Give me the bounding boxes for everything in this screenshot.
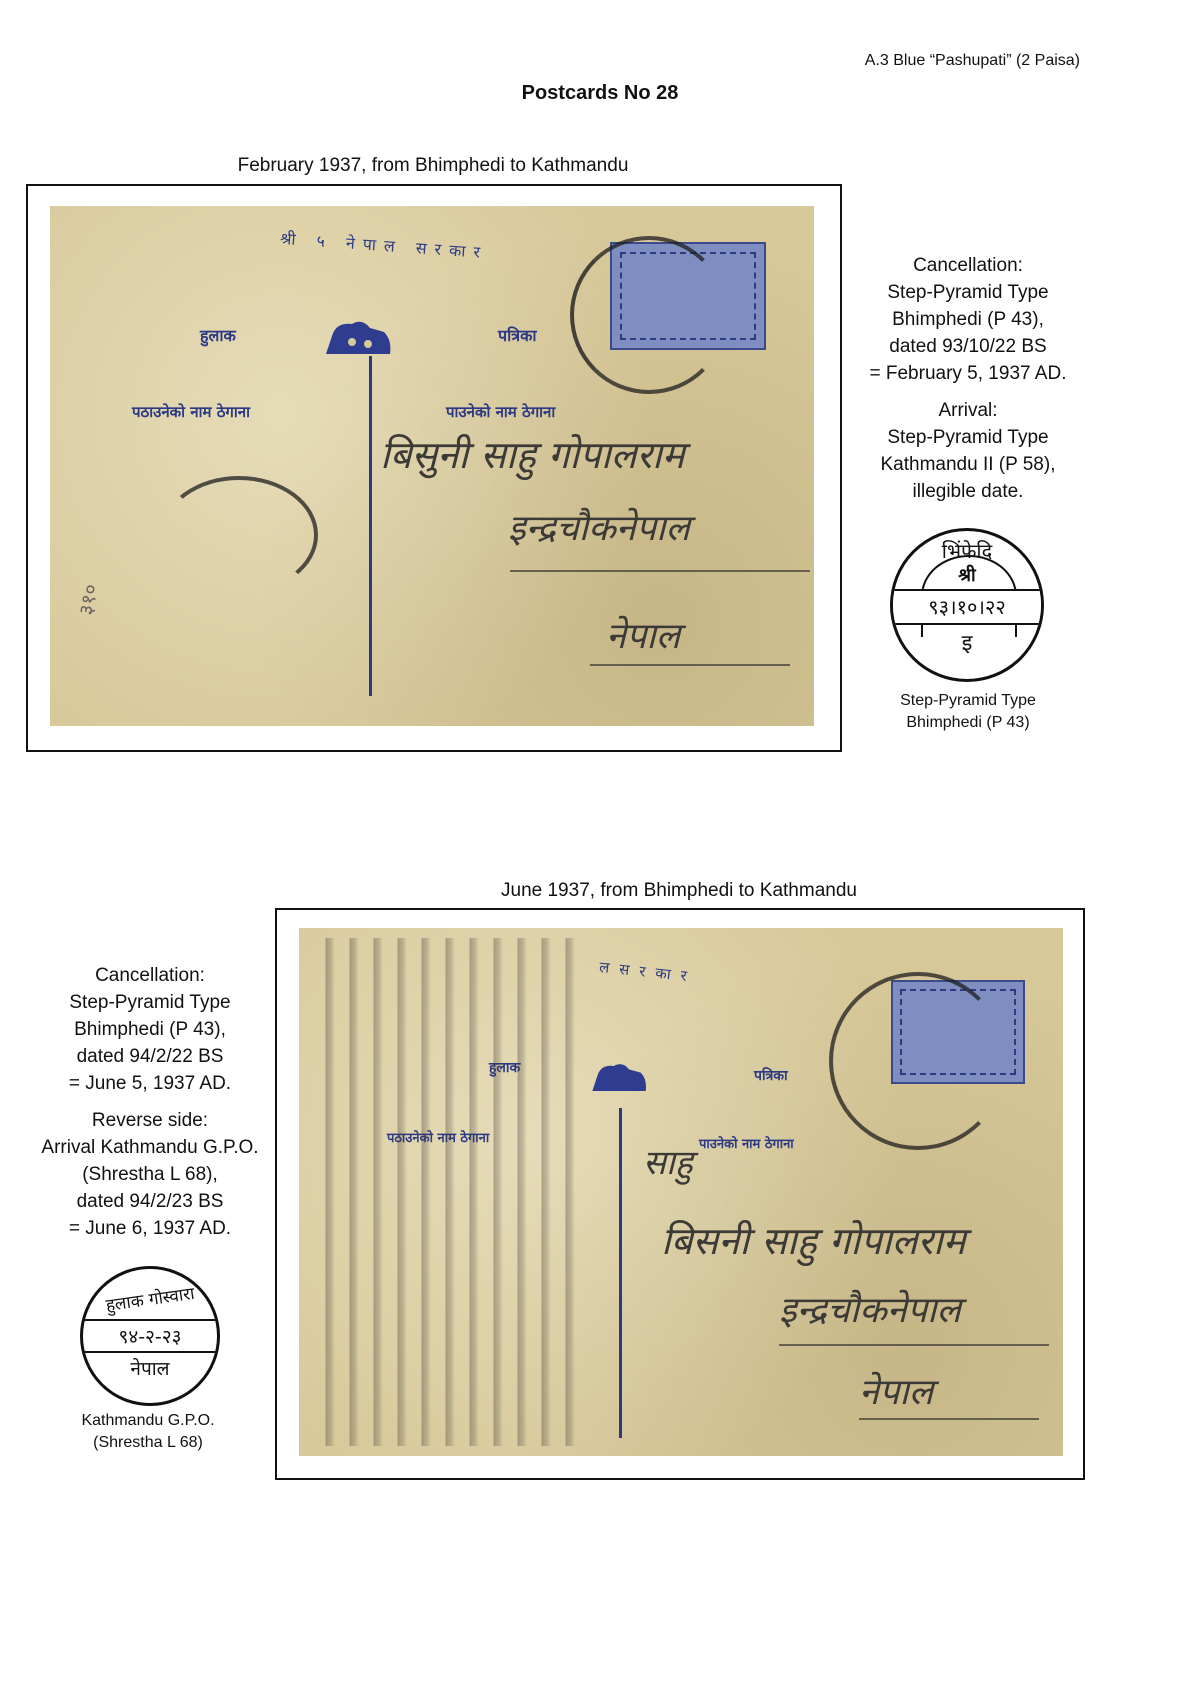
cancellation-note: Cancellation:Step-Pyramid TypeBhimphedi … xyxy=(848,252,1088,387)
address-underline xyxy=(510,570,810,572)
address-line-2: इन्द्रचौकनेपाल xyxy=(779,1284,961,1333)
card1-caption: February 1937, from Bhimphedi to Kathman… xyxy=(26,155,840,177)
address-underline-2 xyxy=(590,664,790,666)
postmark-mid-text: श्री xyxy=(893,563,1041,587)
postmark-diagram-1: भिंफेदि श्री ९३।१०।२२ इ xyxy=(890,528,1044,682)
center-divider xyxy=(369,356,372,696)
card2-caption: June 1937, from Bhimphedi to Kathmandu xyxy=(275,880,1083,902)
card1-notes: Cancellation:Step-Pyramid TypeBhimphedi … xyxy=(848,252,1088,515)
reverse-side-note: Reverse side:Arrival Kathmandu G.P.O.(Sh… xyxy=(20,1107,280,1242)
postcard-1: श्री ५ नेपाल सरकार हुलाक पत्रिका पठाउनेक… xyxy=(50,206,814,726)
diagram-caption-2: Kathmandu G.P.O.(Shrestha L 68) xyxy=(48,1410,248,1454)
postmark-date: ९३।१०।२२ xyxy=(893,593,1041,620)
postmark-top-text: हुलाक गोस्वारा xyxy=(82,1278,218,1319)
cancellation-note: Cancellation:Step-Pyramid TypeBhimphedi … xyxy=(20,962,280,1097)
address-line-2: इन्द्रचौकनेपाल xyxy=(508,502,690,551)
right-label: पत्रिका xyxy=(498,324,537,346)
card1-frame: श्री ५ नेपाल सरकार हुलाक पत्रिका पठाउनेक… xyxy=(26,184,842,752)
left-label: हुलाक xyxy=(200,324,236,346)
bhimphedi-postmark xyxy=(570,236,728,394)
lion-emblem-icon xyxy=(589,1058,649,1094)
handwritten-message xyxy=(311,938,581,1446)
diagram-caption-1: Step-Pyramid TypeBhimphedi (P 43) xyxy=(868,690,1068,734)
address-line-0: साहु xyxy=(643,1138,693,1184)
postmark-date: ९४-२-२३ xyxy=(83,1323,217,1349)
postmark-bottom-text: नेपाल xyxy=(83,1355,217,1381)
address-line-3: नेपाल xyxy=(859,1366,933,1415)
page-title: Postcards No 28 xyxy=(0,82,1200,105)
postmark-diagram-2: हुलाक गोस्वारा ९४-२-२३ नेपाल xyxy=(80,1266,220,1406)
postcard-2: लसरकार हुलाक पत्रिका पठाउनेको नाम ठेगाना… xyxy=(299,928,1063,1456)
recipient-label: पाउनेको नाम ठेगाना xyxy=(446,402,555,422)
bhimphedi-postmark xyxy=(829,972,1007,1150)
arrival-note: Arrival:Step-Pyramid TypeKathmandu II (P… xyxy=(848,397,1088,505)
printed-arc-text: लसरकार xyxy=(598,957,698,987)
address-underline-2 xyxy=(859,1418,1039,1420)
card2-notes: Cancellation:Step-Pyramid TypeBhimphedi … xyxy=(20,962,280,1252)
recipient-label: पाउनेको नाम ठेगाना xyxy=(699,1134,794,1152)
sender-label: पठाउनेको नाम ठेगाना xyxy=(132,402,250,422)
printed-arc-text: श्री ५ नेपाल सरकार xyxy=(279,227,488,263)
card2-frame: लसरकार हुलाक पत्रिका पठाउनेको नाम ठेगाना… xyxy=(275,908,1085,1480)
postmark-bottom-text: इ xyxy=(893,627,1041,657)
arrival-postmark xyxy=(160,476,318,594)
lion-emblem-icon xyxy=(322,316,394,356)
right-label: पत्रिका xyxy=(754,1066,788,1085)
address-line-3: नेपाल xyxy=(606,610,680,659)
margin-note: ३१० xyxy=(72,582,104,617)
address-underline xyxy=(779,1344,1049,1346)
address-line-1: बिसनी साहु गोपालराम xyxy=(661,1214,966,1266)
address-line-1: बिसुनी साहु गोपालराम xyxy=(380,428,685,480)
center-divider xyxy=(619,1108,622,1438)
series-label: A.3 Blue “Pashupati” (2 Paisa) xyxy=(865,52,1080,70)
